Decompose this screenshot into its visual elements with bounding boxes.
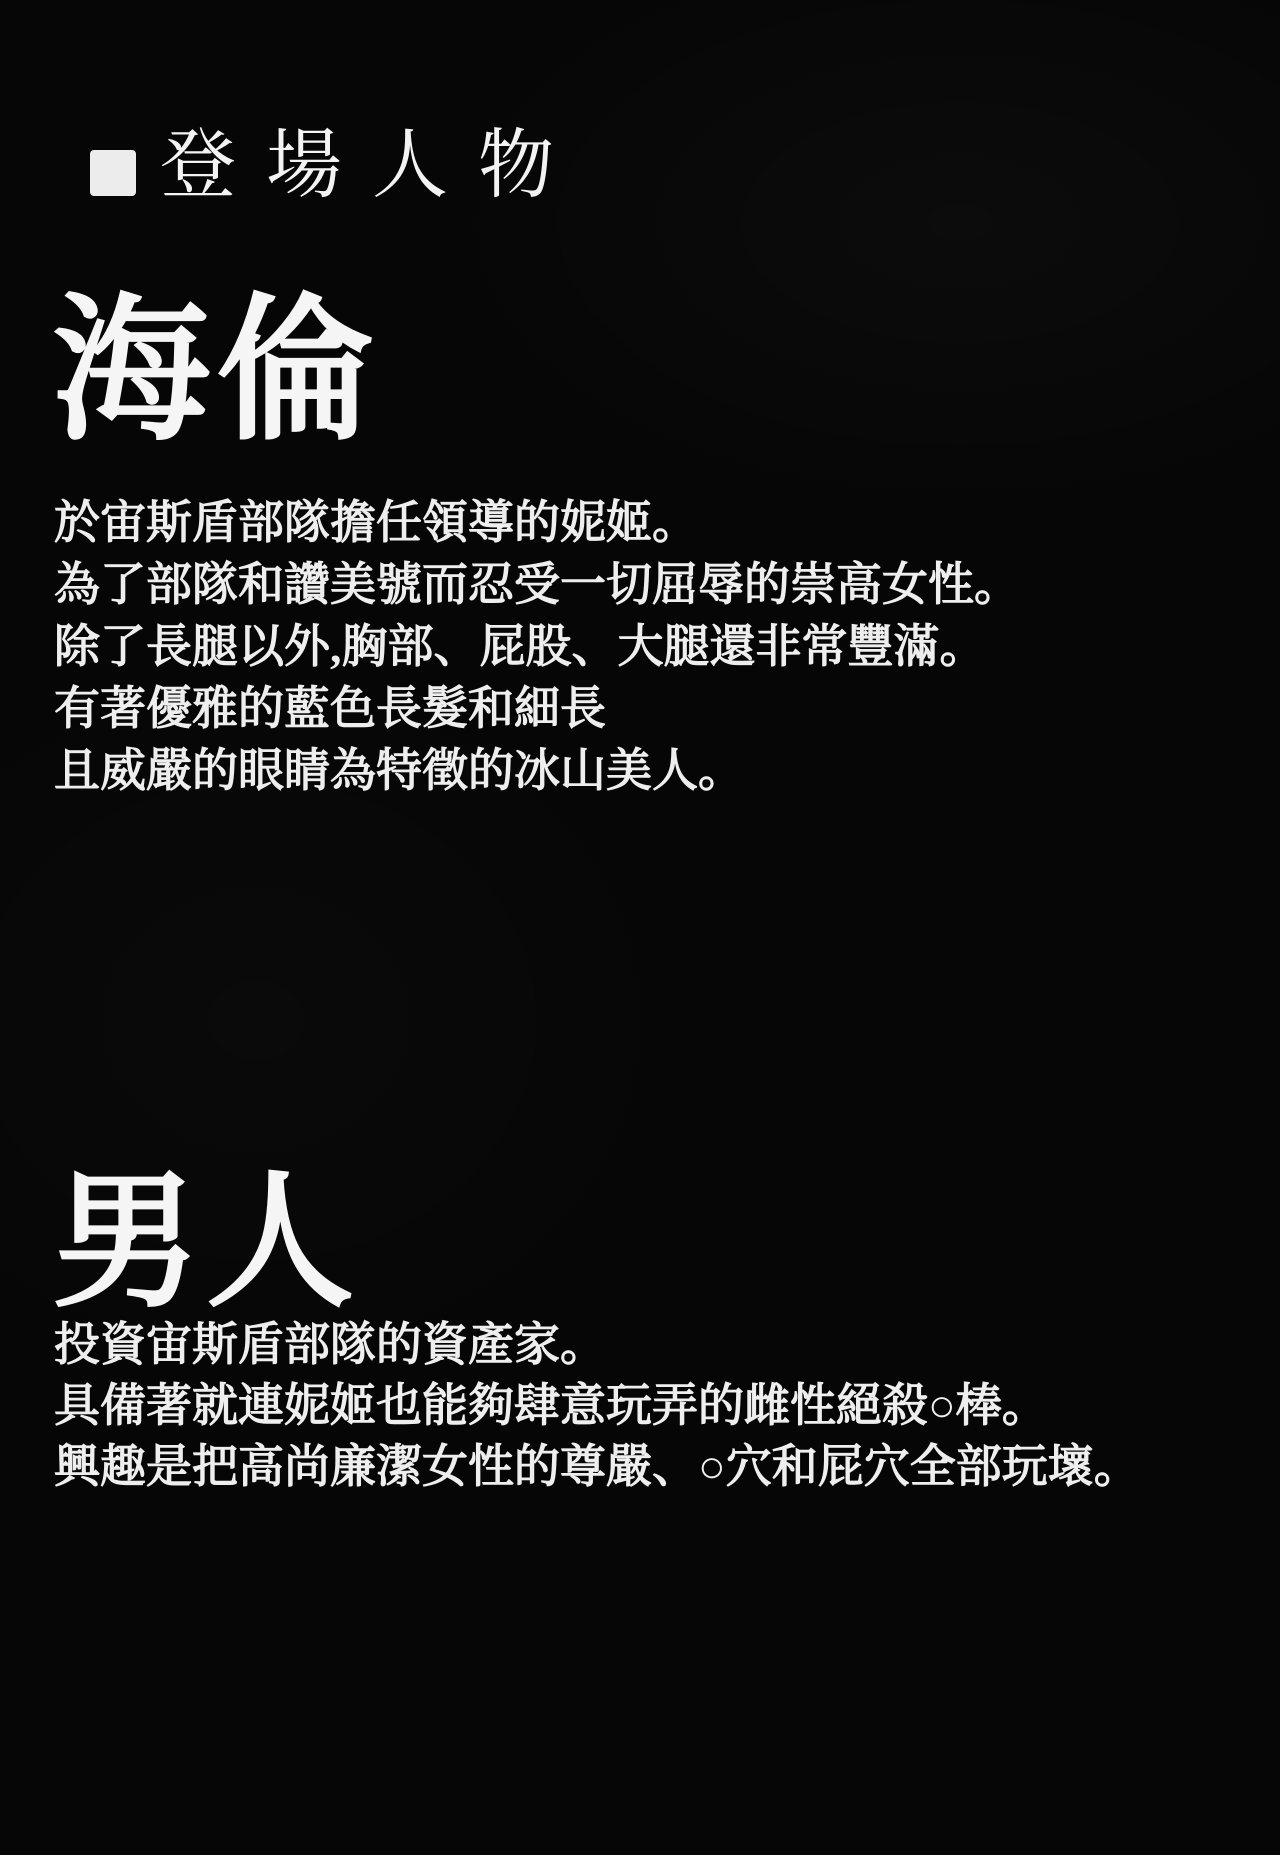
- square-bullet-icon: [90, 150, 136, 196]
- description-line: 具備著就連妮姬也能夠肆意玩弄的雌性絕殺○棒。: [54, 1375, 1140, 1436]
- description-line: 除了長腿以外,胸部、屁股、大腿還非常豐滿。: [54, 616, 1020, 678]
- character-intro-page: 登場人物 海倫 於宙斯盾部隊擔任領導的妮姬。 為了部隊和讚美號而忍受一切屈辱的崇…: [0, 0, 1280, 1855]
- character-description-man: 投資宙斯盾部隊的資產家。 具備著就連妮姬也能夠肆意玩弄的雌性絕殺○棒。 興趣是把…: [54, 1314, 1140, 1497]
- character-name-helen: 海倫: [52, 292, 380, 450]
- section-header: 登場人物: [90, 128, 584, 204]
- page-title: 登場人物: [160, 128, 584, 204]
- description-line: 為了部隊和讚美號而忍受一切屈辱的崇高女性。: [54, 554, 1020, 616]
- description-line: 投資宙斯盾部隊的資產家。: [54, 1314, 1140, 1375]
- character-name-man: 男人: [52, 1168, 360, 1316]
- description-line: 興趣是把高尚廉潔女性的尊嚴、○穴和屁穴全部玩壞。: [54, 1436, 1140, 1497]
- description-line: 且威嚴的眼睛為特徵的冰山美人。: [54, 740, 1020, 802]
- description-line: 於宙斯盾部隊擔任領導的妮姬。: [54, 492, 1020, 554]
- character-description-helen: 於宙斯盾部隊擔任領導的妮姬。 為了部隊和讚美號而忍受一切屈辱的崇高女性。 除了長…: [54, 492, 1020, 802]
- description-line: 有著優雅的藍色長髮和細長: [54, 678, 1020, 740]
